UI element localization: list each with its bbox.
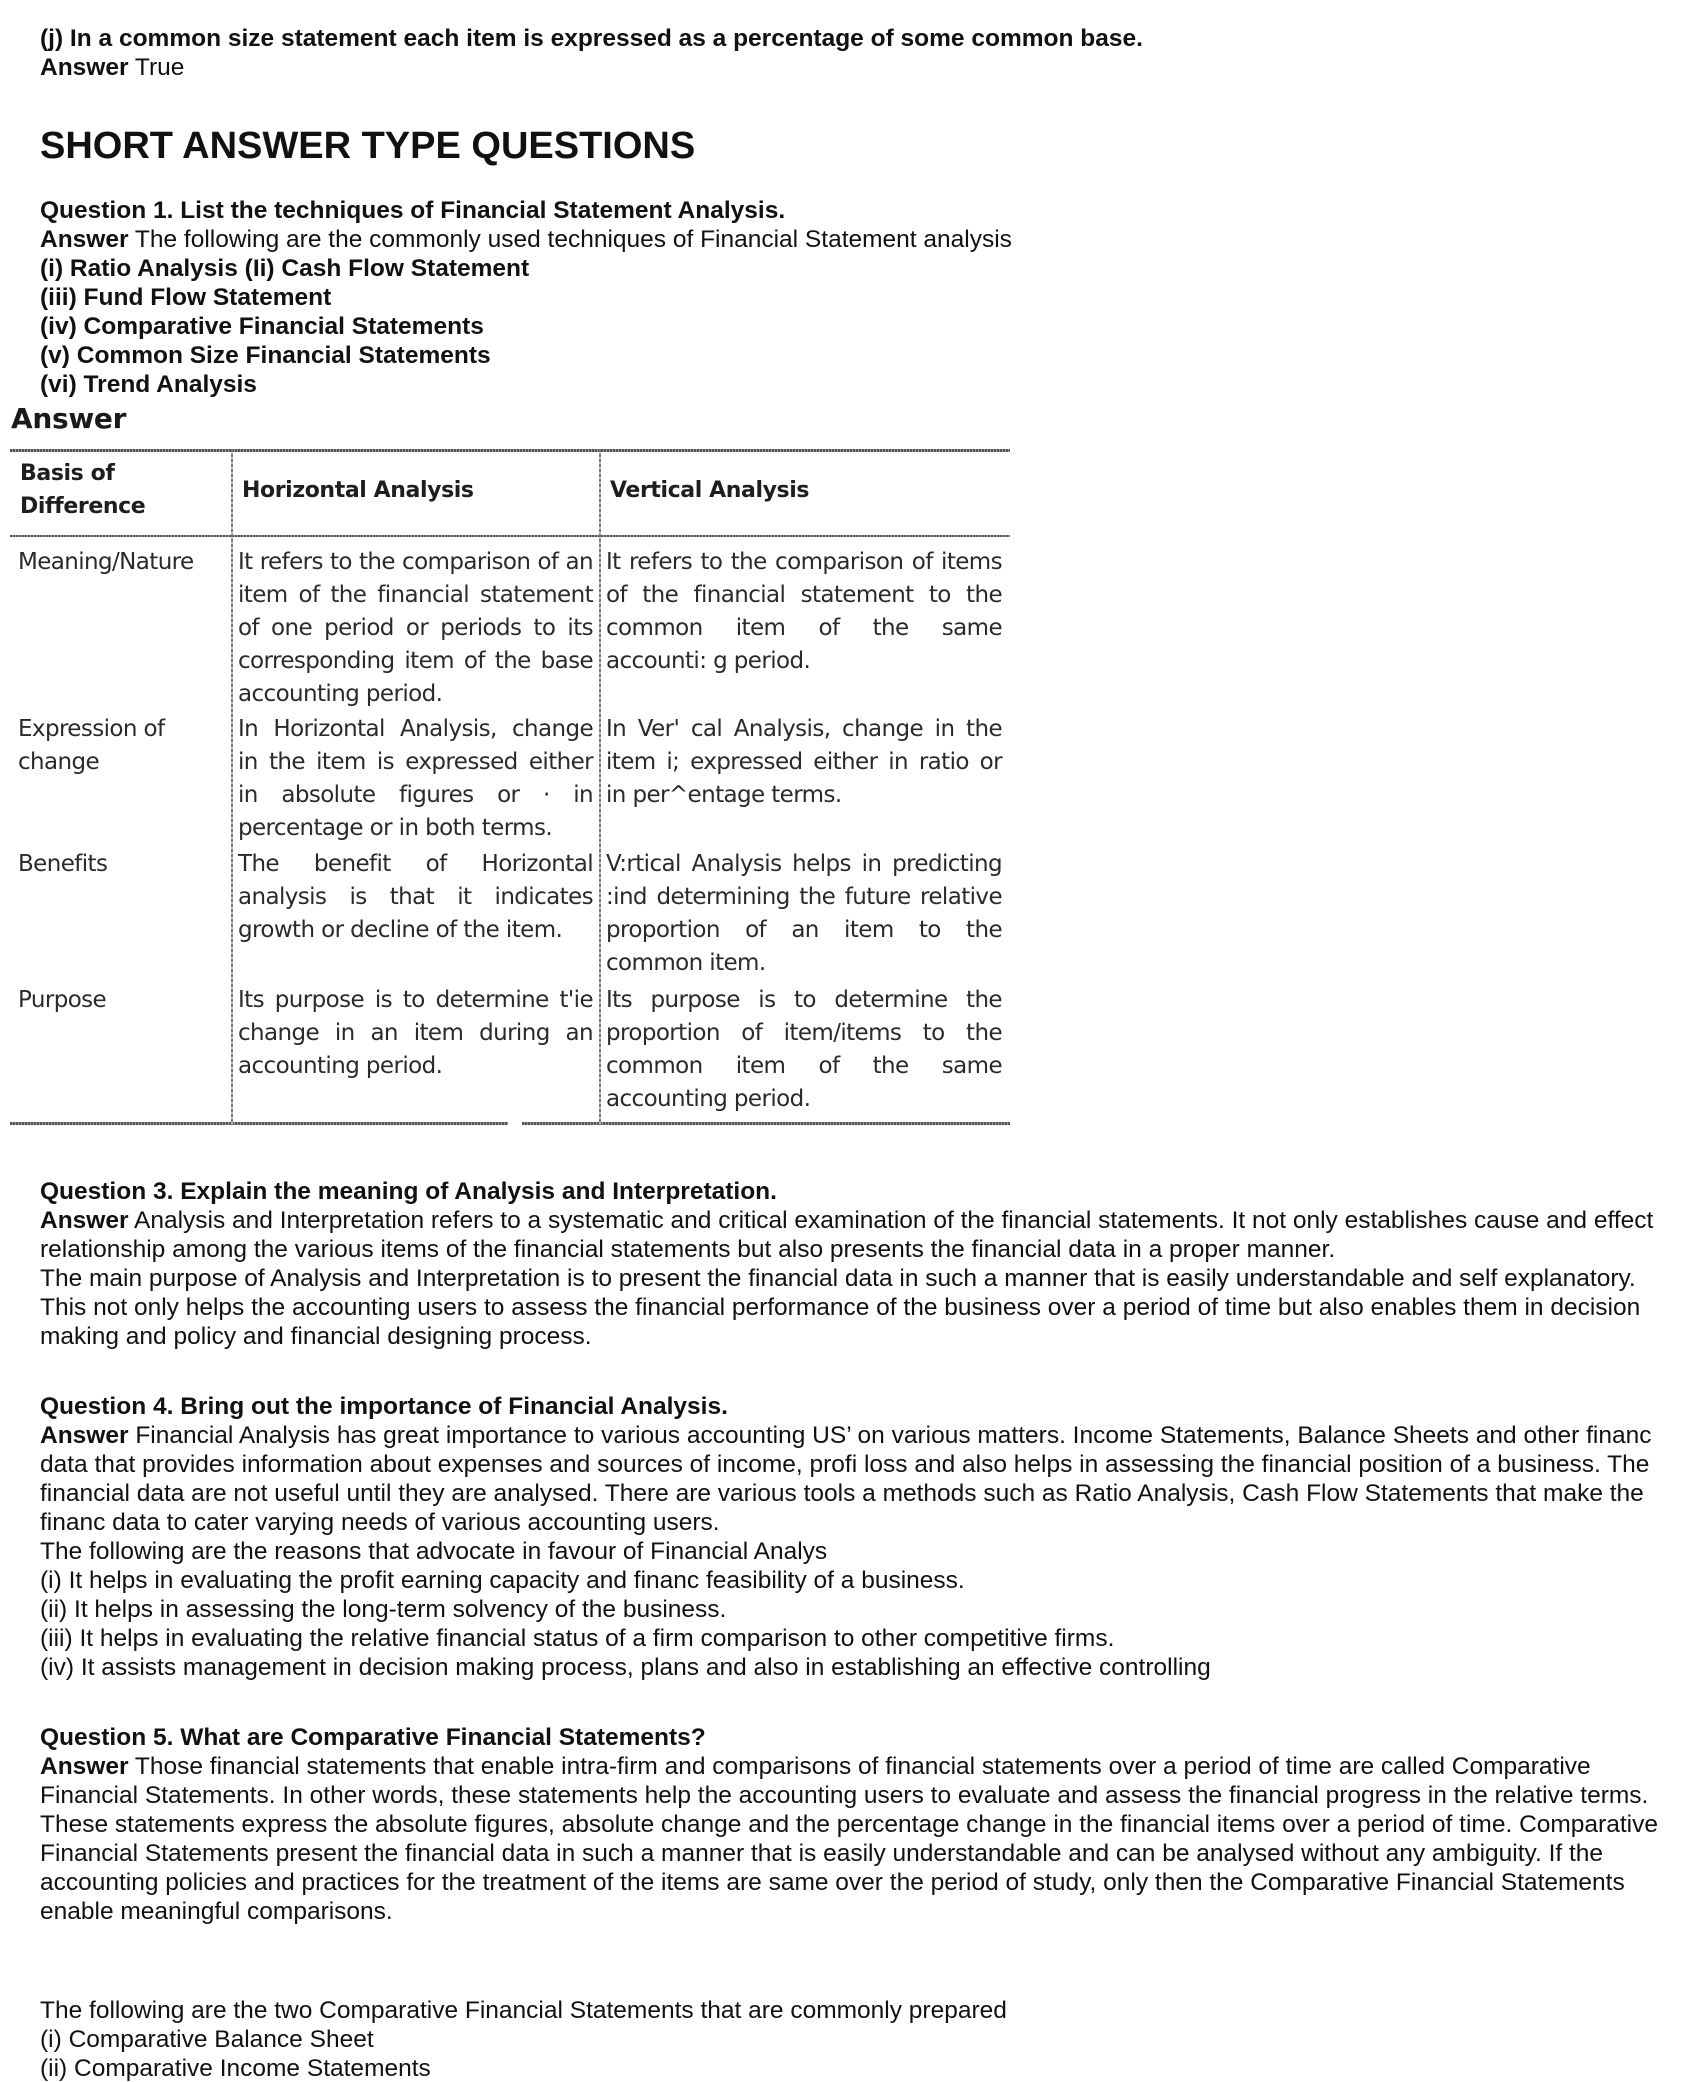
row-horizontal: Its purpose is to determine t'ie change … xyxy=(238,984,593,1083)
list-intro: The following are the reasons that advoc… xyxy=(40,1537,1665,1566)
answer-paragraph: Answer Those financial statements that e… xyxy=(40,1752,1665,1810)
table-bottom-rule-right xyxy=(522,1122,1010,1125)
question-title: Question 3. Explain the meaning of Analy… xyxy=(40,1177,1665,1206)
answer-label: Answer xyxy=(40,226,129,253)
comparison-table: Basis of Difference Horizontal Analysis … xyxy=(10,449,1010,1125)
question-1: Question 1. List the techniques of Finan… xyxy=(40,196,1012,399)
row-horizontal: In Horizontal Analysis, change in the it… xyxy=(238,713,593,845)
list-item: (iv) Comparative Financial Statements xyxy=(40,312,1012,341)
answer-label: Answer xyxy=(40,1422,129,1449)
question-title: Question 1. List the techniques of Finan… xyxy=(40,196,1012,225)
question-4: Question 4. Bring out the importance of … xyxy=(40,1392,1665,1682)
list-item: (i) Ratio Analysis (Ii) Cash Flow Statem… xyxy=(40,254,1012,283)
header-basis: Basis of Difference xyxy=(20,457,220,523)
row-horizontal: The benefit of Horizontal analysis is th… xyxy=(238,848,593,947)
row-vertical: It refers to the comparison of items of … xyxy=(606,546,1002,678)
table-header-rule xyxy=(10,535,1010,537)
body-paragraph: The main purpose of Analysis and Interpr… xyxy=(40,1264,1665,1351)
question-title: Question 4. Bring out the importance of … xyxy=(40,1392,1665,1421)
list-item: (i) It helps in evaluating the profit ea… xyxy=(40,1566,1665,1595)
header-vertical: Vertical Analysis xyxy=(610,474,1000,507)
body-paragraph: These statements express the absolute fi… xyxy=(40,1810,1665,1926)
row-horizontal: It refers to the comparison of an item o… xyxy=(238,546,593,711)
answer-paragraph: Answer Financial Analysis has great impo… xyxy=(40,1421,1665,1537)
list-item: (ii) Comparative Income Statements xyxy=(40,2054,1007,2082)
row-vertical: Its purpose is to determine the proporti… xyxy=(606,984,1002,1116)
table-answer-label: Answer xyxy=(11,402,126,435)
question-5-list: The following are the two Comparative Fi… xyxy=(40,1996,1007,2082)
row-basis: Expression of change xyxy=(18,713,178,779)
table-top-rule xyxy=(10,449,1010,452)
table-column-divider xyxy=(599,449,601,1125)
question-3: Question 3. Explain the meaning of Analy… xyxy=(40,1177,1665,1351)
answer-line: Answer True xyxy=(40,53,1143,82)
answer-label: Answer xyxy=(40,1753,129,1780)
answer-label: Answer xyxy=(40,1207,129,1234)
answer-line: Answer The following are the commonly us… xyxy=(40,225,1012,254)
row-basis: Purpose xyxy=(18,984,228,1017)
answer-text: Those financial statements that enable i… xyxy=(40,1753,1648,1809)
answer-value: True xyxy=(135,54,184,81)
table-column-divider xyxy=(231,449,233,1125)
header-horizontal: Horizontal Analysis xyxy=(242,474,592,507)
question-title: Question 5. What are Comparative Financi… xyxy=(40,1723,1665,1752)
table-bottom-rule-left xyxy=(10,1122,508,1125)
question-text: (j) In a common size statement each item… xyxy=(40,24,1143,53)
list-item: (iii) It helps in evaluating the relativ… xyxy=(40,1624,1665,1653)
list-item: (i) Comparative Balance Sheet xyxy=(40,2025,1007,2054)
list-item: (iv) It assists management in decision m… xyxy=(40,1653,1665,1682)
row-vertical: V:rtical Analysis helps in predicting :i… xyxy=(606,848,1002,980)
list-item: (v) Common Size Financial Statements xyxy=(40,341,1012,370)
answer-paragraph: Answer Analysis and Interpretation refer… xyxy=(40,1206,1665,1264)
answer-text: Analysis and Interpretation refers to a … xyxy=(40,1207,1653,1263)
list-item: (vi) Trend Analysis xyxy=(40,370,1012,399)
list-item: (iii) Fund Flow Statement xyxy=(40,283,1012,312)
question-5: Question 5. What are Comparative Financi… xyxy=(40,1723,1665,1926)
answer-text: Financial Analysis has great importance … xyxy=(40,1422,1652,1536)
list-intro: The following are the two Comparative Fi… xyxy=(40,1996,1007,2025)
answer-text: The following are the commonly used tech… xyxy=(135,226,1012,253)
section-heading: SHORT ANSWER TYPE QUESTIONS xyxy=(40,124,695,168)
row-vertical: In Ver' cal Analysis, change in the item… xyxy=(606,713,1002,812)
row-basis: Meaning/Nature xyxy=(18,546,228,579)
list-item: (ii) It helps in assessing the long-term… xyxy=(40,1595,1665,1624)
true-false-question-j: (j) In a common size statement each item… xyxy=(40,24,1143,82)
answer-label: Answer xyxy=(40,54,129,81)
row-basis: Benefits xyxy=(18,848,228,881)
